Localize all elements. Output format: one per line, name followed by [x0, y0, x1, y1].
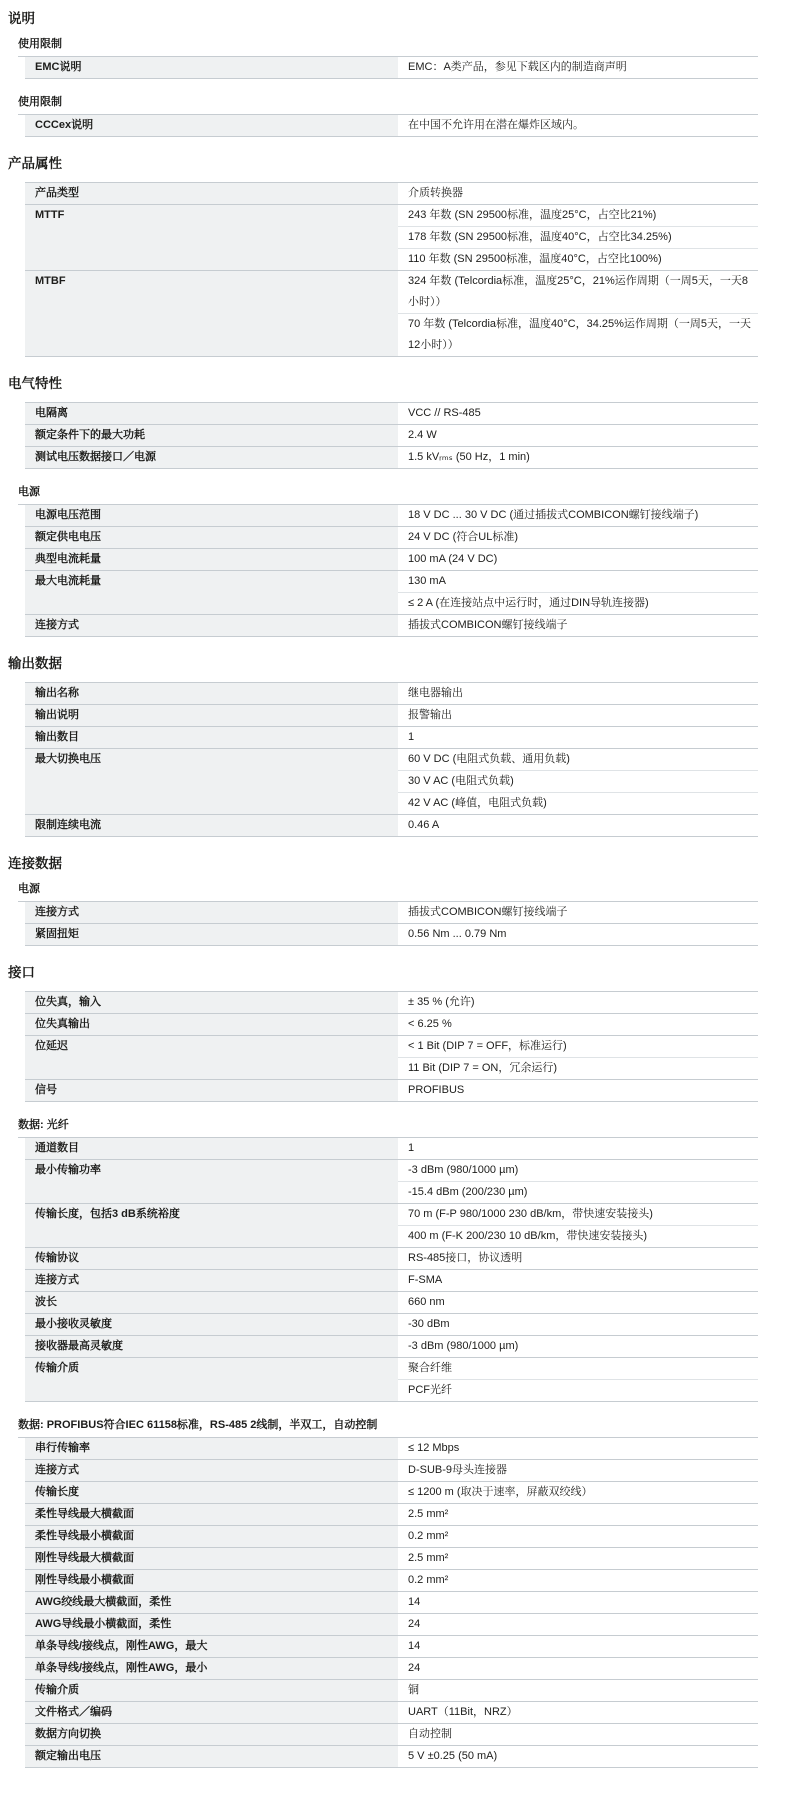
spec-value: ≤ 12 Mbps	[398, 1438, 758, 1459]
spec-label: 输出说明	[25, 705, 398, 726]
section-title: 连接数据	[8, 855, 758, 872]
spec-label: 最小接收灵敏度	[25, 1314, 398, 1335]
spec-table: CCCex说明在中国不允许用在潜在爆炸区域内。	[25, 115, 758, 137]
spec-label: 柔性导线最大横截面	[25, 1504, 398, 1525]
spec-label: 柔性导线最小横截面	[25, 1526, 398, 1547]
spec-value: 2.5 mm²	[398, 1504, 758, 1525]
spec-value: F-SMA	[398, 1270, 758, 1291]
spec-row: 连接方式插拔式COMBICON螺钉接线端子	[25, 615, 758, 637]
spec-section: 电气特性电隔离VCC // RS-485额定条件下的最大功耗2.4 W测试电压数…	[0, 375, 790, 637]
spec-values: 1	[398, 727, 758, 748]
spec-row: 位失真，输入± 35 % (允许)	[25, 992, 758, 1014]
spec-section: 产品属性产品类型介质转换器MTTF243 年数 (SN 29500标准，温度25…	[0, 155, 790, 357]
spec-row: 位延迟< 1 Bit (DIP 7 = OFF，标准运行)11 Bit (DIP…	[25, 1036, 758, 1080]
spec-value: 1	[398, 727, 758, 748]
spec-values: < 6.25 %	[398, 1014, 758, 1035]
spec-row: 额定条件下的最大功耗2.4 W	[25, 425, 758, 447]
spec-label: 额定条件下的最大功耗	[25, 425, 398, 446]
spec-group: 电源连接方式插拔式COMBICON螺钉接线端子紧固扭矩0.56 Nm ... 0…	[18, 882, 758, 946]
spec-values: 继电器输出	[398, 683, 758, 704]
spec-label: 传输介质	[25, 1680, 398, 1701]
spec-values: 自动控制	[398, 1724, 758, 1745]
spec-label: 传输介质	[25, 1358, 398, 1401]
spec-value: -30 dBm	[398, 1314, 758, 1335]
spec-row: 紧固扭矩0.56 Nm ... 0.79 Nm	[25, 924, 758, 946]
group-subtitle: 数据: 光纤	[18, 1118, 758, 1138]
spec-value: 14	[398, 1592, 758, 1613]
spec-label: 额定供电电压	[25, 527, 398, 548]
spec-group: 产品类型介质转换器MTTF243 年数 (SN 29500标准，温度25°C，占…	[18, 182, 758, 357]
spec-values: 60 V DC (电阻式负载、通用负载)30 V AC (电阻式负载)42 V …	[398, 749, 758, 814]
spec-label: CCCex说明	[25, 115, 398, 136]
spec-value: 70 年数 (Telcordia标准，温度40°C，34.25%运作周期（一周5…	[398, 313, 758, 356]
spec-row: 位失真输出< 6.25 %	[25, 1014, 758, 1036]
spec-value: 18 V DC ... 30 V DC (通过插拔式COMBICON螺钉接线端子…	[398, 505, 758, 526]
spec-label: MTTF	[25, 205, 398, 270]
spec-table: 通道数目1最小传输功率-3 dBm (980/1000 µm)-15.4 dBm…	[25, 1138, 758, 1402]
spec-label: 连接方式	[25, 902, 398, 923]
spec-value: 30 V AC (电阻式负载)	[398, 770, 758, 792]
spec-label: 最大电流耗量	[25, 571, 398, 614]
spec-row: 串行传输率≤ 12 Mbps	[25, 1438, 758, 1460]
spec-value: 24	[398, 1658, 758, 1679]
spec-group: 位失真，输入± 35 % (允许)位失真输出< 6.25 %位延迟< 1 Bit…	[18, 991, 758, 1102]
spec-label: 测试电压数据接口／电源	[25, 447, 398, 468]
spec-values: ± 35 % (允许)	[398, 992, 758, 1013]
spec-group: 输出名称继电器输出输出说明报警输出输出数目1最大切换电压60 V DC (电阻式…	[18, 682, 758, 837]
group-subtitle: 使用限制	[18, 95, 758, 115]
spec-label: 单条导线/接线点，刚性AWG，最小	[25, 1658, 398, 1679]
spec-row: 传输介质铜	[25, 1680, 758, 1702]
spec-row: 额定输出电压5 V ±0.25 (50 mA)	[25, 1746, 758, 1768]
spec-value: 插拔式COMBICON螺钉接线端子	[398, 615, 758, 636]
spec-value: 插拔式COMBICON螺钉接线端子	[398, 902, 758, 923]
spec-value: UART（11Bit，NRZ）	[398, 1702, 758, 1723]
spec-value: 243 年数 (SN 29500标准，温度25°C，占空比21%)	[398, 205, 758, 226]
spec-row: EMC说明EMC：A类产品，参见下载区内的制造商声明	[25, 57, 758, 79]
spec-row: 接收器最高灵敏度-3 dBm (980/1000 µm)	[25, 1336, 758, 1358]
section-title: 输出数据	[8, 655, 758, 672]
spec-label: MTBF	[25, 271, 398, 356]
spec-label: 数据方向切换	[25, 1724, 398, 1745]
spec-value: 聚合纤维	[398, 1358, 758, 1379]
spec-values: 铜	[398, 1680, 758, 1701]
spec-label: 典型电流耗量	[25, 549, 398, 570]
spec-label: 位失真，输入	[25, 992, 398, 1013]
spec-row: 输出说明报警输出	[25, 705, 758, 727]
spec-values: 1	[398, 1138, 758, 1159]
spec-values: 聚合纤维PCF光纤	[398, 1358, 758, 1401]
spec-table: 输出名称继电器输出输出说明报警输出输出数目1最大切换电压60 V DC (电阻式…	[25, 682, 758, 837]
spec-label: 产品类型	[25, 183, 398, 204]
spec-value: 0.2 mm²	[398, 1570, 758, 1591]
spec-values: 介质转换器	[398, 183, 758, 204]
spec-values: ≤ 12 Mbps	[398, 1438, 758, 1459]
spec-label: 输出数目	[25, 727, 398, 748]
spec-row: 信号PROFIBUS	[25, 1080, 758, 1102]
spec-row: AWG导线最小横截面，柔性24	[25, 1614, 758, 1636]
spec-row: 数据方向切换自动控制	[25, 1724, 758, 1746]
spec-values: 24 V DC (符合UL标准)	[398, 527, 758, 548]
spec-row: 刚性导线最大横截面2.5 mm²	[25, 1548, 758, 1570]
spec-value: 42 V AC (峰值，电阻式负载)	[398, 792, 758, 814]
spec-row: 产品类型介质转换器	[25, 183, 758, 205]
spec-values: UART（11Bit，NRZ）	[398, 1702, 758, 1723]
spec-value: EMC：A类产品，参见下载区内的制造商声明	[398, 57, 758, 78]
spec-row: 传输长度≤ 1200 m (取决于速率，屏蔽双绞线）	[25, 1482, 758, 1504]
spec-value: 介质转换器	[398, 183, 758, 204]
spec-values: 324 年数 (Telcordia标准，温度25°C，21%运作周期（一周5天，…	[398, 271, 758, 356]
spec-section: 连接数据电源连接方式插拔式COMBICON螺钉接线端子紧固扭矩0.56 Nm .…	[0, 855, 790, 946]
spec-values: 插拔式COMBICON螺钉接线端子	[398, 615, 758, 636]
section-title: 说明	[8, 10, 758, 27]
spec-row: CCCex说明在中国不允许用在潜在爆炸区域内。	[25, 115, 758, 137]
spec-value: 2.4 W	[398, 425, 758, 446]
spec-label: 传输协议	[25, 1248, 398, 1269]
spec-row: 典型电流耗量100 mA (24 V DC)	[25, 549, 758, 571]
spec-table: 串行传输率≤ 12 Mbps连接方式D-SUB-9母头连接器传输长度≤ 1200…	[25, 1438, 758, 1768]
spec-group: 使用限制EMC说明EMC：A类产品，参见下载区内的制造商声明	[18, 37, 758, 79]
spec-row: 柔性导线最小横截面0.2 mm²	[25, 1526, 758, 1548]
spec-values: PROFIBUS	[398, 1080, 758, 1101]
spec-value: 130 mA	[398, 571, 758, 592]
spec-values: 0.2 mm²	[398, 1570, 758, 1591]
spec-row: 传输介质聚合纤维PCF光纤	[25, 1358, 758, 1402]
spec-value: ≤ 1200 m (取决于速率，屏蔽双绞线）	[398, 1482, 758, 1503]
spec-label: 波长	[25, 1292, 398, 1313]
spec-value: 110 年数 (SN 29500标准，温度40°C，占空比100%)	[398, 248, 758, 270]
group-subtitle: 数据: PROFIBUS符合IEC 61158标准，RS-485 2线制，半双工…	[18, 1418, 758, 1438]
spec-values: RS-485接口，协议透明	[398, 1248, 758, 1269]
spec-values: 插拔式COMBICON螺钉接线端子	[398, 902, 758, 923]
spec-value: -15.4 dBm (200/230 µm)	[398, 1181, 758, 1203]
spec-value: 14	[398, 1636, 758, 1657]
spec-label: EMC说明	[25, 57, 398, 78]
spec-row: 单条导线/接线点，刚性AWG，最大14	[25, 1636, 758, 1658]
spec-label: 信号	[25, 1080, 398, 1101]
spec-value: ≤ 2 A (在连接站点中运行时，通过DIN导轨连接器)	[398, 592, 758, 614]
spec-value: PCF光纤	[398, 1379, 758, 1401]
spec-table: EMC说明EMC：A类产品，参见下载区内的制造商声明	[25, 57, 758, 79]
spec-values: EMC：A类产品，参见下载区内的制造商声明	[398, 57, 758, 78]
spec-table: 位失真，输入± 35 % (允许)位失真输出< 6.25 %位延迟< 1 Bit…	[25, 991, 758, 1102]
spec-label: 串行传输率	[25, 1438, 398, 1459]
spec-value: 0.46 A	[398, 815, 758, 836]
spec-value: 铜	[398, 1680, 758, 1701]
spec-table: 连接方式插拔式COMBICON螺钉接线端子紧固扭矩0.56 Nm ... 0.7…	[25, 902, 758, 946]
spec-group: 电源电源电压范围18 V DC ... 30 V DC (通过插拔式COMBIC…	[18, 485, 758, 637]
spec-label: 传输长度，包括3 dB系统裕度	[25, 1204, 398, 1247]
spec-label: 最小传输功率	[25, 1160, 398, 1203]
spec-group: 数据: PROFIBUS符合IEC 61158标准，RS-485 2线制，半双工…	[18, 1418, 758, 1768]
spec-value: 1	[398, 1138, 758, 1159]
spec-value: 报警输出	[398, 705, 758, 726]
spec-row: 文件格式／编码UART（11Bit，NRZ）	[25, 1702, 758, 1724]
spec-table: 产品类型介质转换器MTTF243 年数 (SN 29500标准，温度25°C，占…	[25, 182, 758, 357]
spec-row: MTBF324 年数 (Telcordia标准，温度25°C，21%运作周期（一…	[25, 271, 758, 357]
spec-label: 连接方式	[25, 1460, 398, 1481]
spec-group: 使用限制CCCex说明在中国不允许用在潜在爆炸区域内。	[18, 95, 758, 137]
spec-label: 刚性导线最大横截面	[25, 1548, 398, 1569]
spec-values: D-SUB-9母头连接器	[398, 1460, 758, 1481]
spec-values: ≤ 1200 m (取决于速率，屏蔽双绞线）	[398, 1482, 758, 1503]
spec-value: 0.56 Nm ... 0.79 Nm	[398, 924, 758, 945]
spec-row: 最大电流耗量130 mA≤ 2 A (在连接站点中运行时，通过DIN导轨连接器)	[25, 571, 758, 615]
spec-label: 单条导线/接线点，刚性AWG，最大	[25, 1636, 398, 1657]
spec-label: 紧固扭矩	[25, 924, 398, 945]
spec-label: 位失真输出	[25, 1014, 398, 1035]
spec-label: 额定输出电压	[25, 1746, 398, 1767]
spec-value: 0.2 mm²	[398, 1526, 758, 1547]
group-subtitle: 电源	[18, 882, 758, 902]
spec-label: AWG导线最小横截面，柔性	[25, 1614, 398, 1635]
spec-label: 连接方式	[25, 1270, 398, 1291]
spec-label: 限制连续电流	[25, 815, 398, 836]
spec-row: AWG绞线最大横截面，柔性14	[25, 1592, 758, 1614]
spec-value: 继电器输出	[398, 683, 758, 704]
spec-value: 60 V DC (电阻式负载、通用负载)	[398, 749, 758, 770]
spec-row: 刚性导线最小横截面0.2 mm²	[25, 1570, 758, 1592]
spec-values: 130 mA≤ 2 A (在连接站点中运行时，通过DIN导轨连接器)	[398, 571, 758, 614]
spec-value: 660 nm	[398, 1292, 758, 1313]
spec-row: 连接方式插拔式COMBICON螺钉接线端子	[25, 902, 758, 924]
spec-value: ± 35 % (允许)	[398, 992, 758, 1013]
spec-value: 178 年数 (SN 29500标准，温度40°C，占空比34.25%)	[398, 226, 758, 248]
spec-values: 100 mA (24 V DC)	[398, 549, 758, 570]
spec-values: 5 V ±0.25 (50 mA)	[398, 1746, 758, 1767]
spec-values: 在中国不允许用在潜在爆炸区域内。	[398, 115, 758, 136]
spec-values: 0.56 Nm ... 0.79 Nm	[398, 924, 758, 945]
spec-label: AWG绞线最大横截面，柔性	[25, 1592, 398, 1613]
spec-value: 自动控制	[398, 1724, 758, 1745]
spec-row: 电隔离VCC // RS-485	[25, 403, 758, 425]
spec-value: 11 Bit (DIP 7 = ON，冗余运行)	[398, 1057, 758, 1079]
spec-label: 接收器最高灵敏度	[25, 1336, 398, 1357]
spec-row: 最小接收灵敏度-30 dBm	[25, 1314, 758, 1336]
spec-sheet: 说明使用限制EMC说明EMC：A类产品，参见下载区内的制造商声明使用限制CCCe…	[0, 0, 790, 1780]
spec-values: 0.46 A	[398, 815, 758, 836]
spec-row: 连接方式D-SUB-9母头连接器	[25, 1460, 758, 1482]
spec-values: 2.5 mm²	[398, 1548, 758, 1569]
spec-label: 输出名称	[25, 683, 398, 704]
spec-value: < 6.25 %	[398, 1014, 758, 1035]
spec-label: 文件格式／编码	[25, 1702, 398, 1723]
spec-values: -3 dBm (980/1000 µm)	[398, 1336, 758, 1357]
spec-label: 最大切换电压	[25, 749, 398, 814]
spec-values: 660 nm	[398, 1292, 758, 1313]
spec-value: 在中国不允许用在潜在爆炸区域内。	[398, 115, 758, 136]
spec-row: 输出名称继电器输出	[25, 683, 758, 705]
spec-values: VCC // RS-485	[398, 403, 758, 424]
spec-row: 最小传输功率-3 dBm (980/1000 µm)-15.4 dBm (200…	[25, 1160, 758, 1204]
spec-value: < 1 Bit (DIP 7 = OFF，标准运行)	[398, 1036, 758, 1057]
group-subtitle: 使用限制	[18, 37, 758, 57]
spec-value: -3 dBm (980/1000 µm)	[398, 1336, 758, 1357]
spec-value: D-SUB-9母头连接器	[398, 1460, 758, 1481]
spec-label: 位延迟	[25, 1036, 398, 1079]
spec-row: 输出数目1	[25, 727, 758, 749]
spec-group: 数据: 光纤通道数目1最小传输功率-3 dBm (980/1000 µm)-15…	[18, 1118, 758, 1402]
spec-values: 2.5 mm²	[398, 1504, 758, 1525]
spec-values: < 1 Bit (DIP 7 = OFF，标准运行)11 Bit (DIP 7 …	[398, 1036, 758, 1079]
spec-values: 24	[398, 1614, 758, 1635]
spec-row: 连接方式F-SMA	[25, 1270, 758, 1292]
spec-label: 电源电压范围	[25, 505, 398, 526]
spec-value: 24	[398, 1614, 758, 1635]
spec-section: 输出数据输出名称继电器输出输出说明报警输出输出数目1最大切换电压60 V DC …	[0, 655, 790, 837]
spec-row: MTTF243 年数 (SN 29500标准，温度25°C，占空比21%)178…	[25, 205, 758, 271]
spec-row: 传输长度，包括3 dB系统裕度70 m (F-P 980/1000 230 dB…	[25, 1204, 758, 1248]
spec-value: 100 mA (24 V DC)	[398, 549, 758, 570]
spec-label: 连接方式	[25, 615, 398, 636]
spec-values: 24	[398, 1658, 758, 1679]
spec-row: 波长660 nm	[25, 1292, 758, 1314]
spec-value: 24 V DC (符合UL标准)	[398, 527, 758, 548]
spec-row: 通道数目1	[25, 1138, 758, 1160]
spec-row: 单条导线/接线点，刚性AWG，最小24	[25, 1658, 758, 1680]
spec-values: F-SMA	[398, 1270, 758, 1291]
spec-values: 1.5 kVᵣₘₛ (50 Hz，1 min)	[398, 447, 758, 468]
spec-label: 通道数目	[25, 1138, 398, 1159]
spec-row: 额定供电电压24 V DC (符合UL标准)	[25, 527, 758, 549]
spec-value: -3 dBm (980/1000 µm)	[398, 1160, 758, 1181]
spec-value: PROFIBUS	[398, 1080, 758, 1101]
spec-values: 14	[398, 1636, 758, 1657]
spec-values: 243 年数 (SN 29500标准，温度25°C，占空比21%)178 年数 …	[398, 205, 758, 270]
spec-table: 电源电压范围18 V DC ... 30 V DC (通过插拔式COMBICON…	[25, 505, 758, 637]
group-subtitle: 电源	[18, 485, 758, 505]
spec-value: RS-485接口，协议透明	[398, 1248, 758, 1269]
spec-values: 0.2 mm²	[398, 1526, 758, 1547]
spec-value: 400 m (F-K 200/230 10 dB/km，带快速安装接头)	[398, 1225, 758, 1247]
spec-row: 测试电压数据接口／电源1.5 kVᵣₘₛ (50 Hz，1 min)	[25, 447, 758, 469]
spec-value: VCC // RS-485	[398, 403, 758, 424]
spec-values: -30 dBm	[398, 1314, 758, 1335]
spec-row: 最大切换电压60 V DC (电阻式负载、通用负载)30 V AC (电阻式负载…	[25, 749, 758, 815]
spec-section: 接口位失真，输入± 35 % (允许)位失真输出< 6.25 %位延迟< 1 B…	[0, 964, 790, 1768]
spec-value: 5 V ±0.25 (50 mA)	[398, 1746, 758, 1767]
spec-value: 70 m (F-P 980/1000 230 dB/km，带快速安装接头)	[398, 1204, 758, 1225]
spec-label: 电隔离	[25, 403, 398, 424]
section-title: 接口	[8, 964, 758, 981]
spec-values: 70 m (F-P 980/1000 230 dB/km，带快速安装接头)400…	[398, 1204, 758, 1247]
spec-values: 14	[398, 1592, 758, 1613]
spec-values: 2.4 W	[398, 425, 758, 446]
spec-row: 限制连续电流0.46 A	[25, 815, 758, 837]
spec-values: 报警输出	[398, 705, 758, 726]
spec-group: 电隔离VCC // RS-485额定条件下的最大功耗2.4 W测试电压数据接口／…	[18, 402, 758, 469]
spec-row: 传输协议RS-485接口，协议透明	[25, 1248, 758, 1270]
section-title: 产品属性	[8, 155, 758, 172]
spec-values: -3 dBm (980/1000 µm)-15.4 dBm (200/230 µ…	[398, 1160, 758, 1203]
spec-row: 柔性导线最大横截面2.5 mm²	[25, 1504, 758, 1526]
spec-value: 1.5 kVᵣₘₛ (50 Hz，1 min)	[398, 447, 758, 468]
spec-row: 电源电压范围18 V DC ... 30 V DC (通过插拔式COMBICON…	[25, 505, 758, 527]
spec-table: 电隔离VCC // RS-485额定条件下的最大功耗2.4 W测试电压数据接口／…	[25, 402, 758, 469]
spec-value: 324 年数 (Telcordia标准，温度25°C，21%运作周期（一周5天，…	[398, 271, 758, 313]
spec-section: 说明使用限制EMC说明EMC：A类产品，参见下载区内的制造商声明使用限制CCCe…	[0, 10, 790, 137]
spec-label: 传输长度	[25, 1482, 398, 1503]
spec-label: 刚性导线最小横截面	[25, 1570, 398, 1591]
spec-values: 18 V DC ... 30 V DC (通过插拔式COMBICON螺钉接线端子…	[398, 505, 758, 526]
section-title: 电气特性	[8, 375, 758, 392]
spec-value: 2.5 mm²	[398, 1548, 758, 1569]
